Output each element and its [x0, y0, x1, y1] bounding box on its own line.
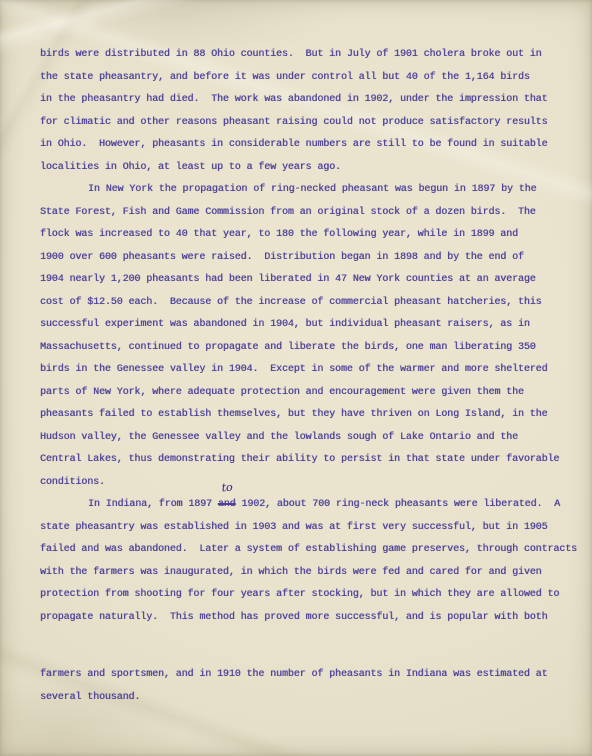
- correction-after: 1902, about 700 ring-neck pheasants were…: [236, 499, 561, 510]
- text-line: failed and was abandoned. Later a system…: [40, 539, 580, 562]
- text-line: Massachusetts, continued to propagate an…: [40, 337, 580, 360]
- text-line: conditions.: [40, 472, 580, 495]
- text-line: 1900 over 600 pheasants were raised. Dis…: [40, 247, 580, 270]
- text-line: pheasants failed to establish themselves…: [40, 404, 580, 427]
- correction-before: In Indiana, from 1897: [88, 499, 218, 510]
- text-line: several thousand.: [40, 687, 580, 710]
- text-line: localities in Ohio, at least up to a few…: [40, 157, 580, 180]
- text-line: propagate naturally. This method has pro…: [40, 607, 580, 630]
- text-line-paragraph-start: In New York the propagation of ring-neck…: [40, 179, 580, 202]
- text-line: protection from shooting for four years …: [40, 584, 580, 607]
- text-line: flock was increased to 40 that year, to …: [40, 224, 580, 247]
- text-line-with-correction: In Indiana, from 1897 andto 1902, about …: [40, 494, 580, 517]
- text-line: with the farmers was inaugurated, in whi…: [40, 562, 580, 585]
- text-line: the state pheasantry, and before it was …: [40, 67, 580, 90]
- text-line: Central Lakes, thus demonstrating their …: [40, 449, 580, 472]
- document-page: birds were distributed in 88 Ohio counti…: [0, 0, 592, 756]
- text-line: birds in the Genessee valley in 1904. Ex…: [40, 359, 580, 382]
- text-line: for climatic and other reasons pheasant …: [40, 112, 580, 135]
- text-line: successful experiment was abandoned in 1…: [40, 314, 580, 337]
- text-line: in the pheasantry had died. The work was…: [40, 89, 580, 112]
- paragraph-gap: [40, 629, 580, 664]
- text-line: farmers and sportsmen, and in 1910 the n…: [40, 664, 580, 687]
- text-line: cost of $12.50 each. Because of the incr…: [40, 292, 580, 315]
- struck-word: and: [218, 499, 236, 510]
- text-line: State Forest, Fish and Game Commission f…: [40, 202, 580, 225]
- handwritten-insertion: to: [221, 482, 233, 494]
- correction-wrap: andto: [218, 494, 236, 517]
- text-line: birds were distributed in 88 Ohio counti…: [40, 44, 580, 67]
- text-line: parts of New York, where adequate protec…: [40, 382, 580, 405]
- text-line: state pheasantry was established in 1903…: [40, 517, 580, 540]
- typewritten-text: birds were distributed in 88 Ohio counti…: [40, 44, 580, 709]
- text-line: Hudson valley, the Genessee valley and t…: [40, 427, 580, 450]
- text-line: 1904 nearly 1,200 pheasants had been lib…: [40, 269, 580, 292]
- text-line: in Ohio. However, pheasants in considera…: [40, 134, 580, 157]
